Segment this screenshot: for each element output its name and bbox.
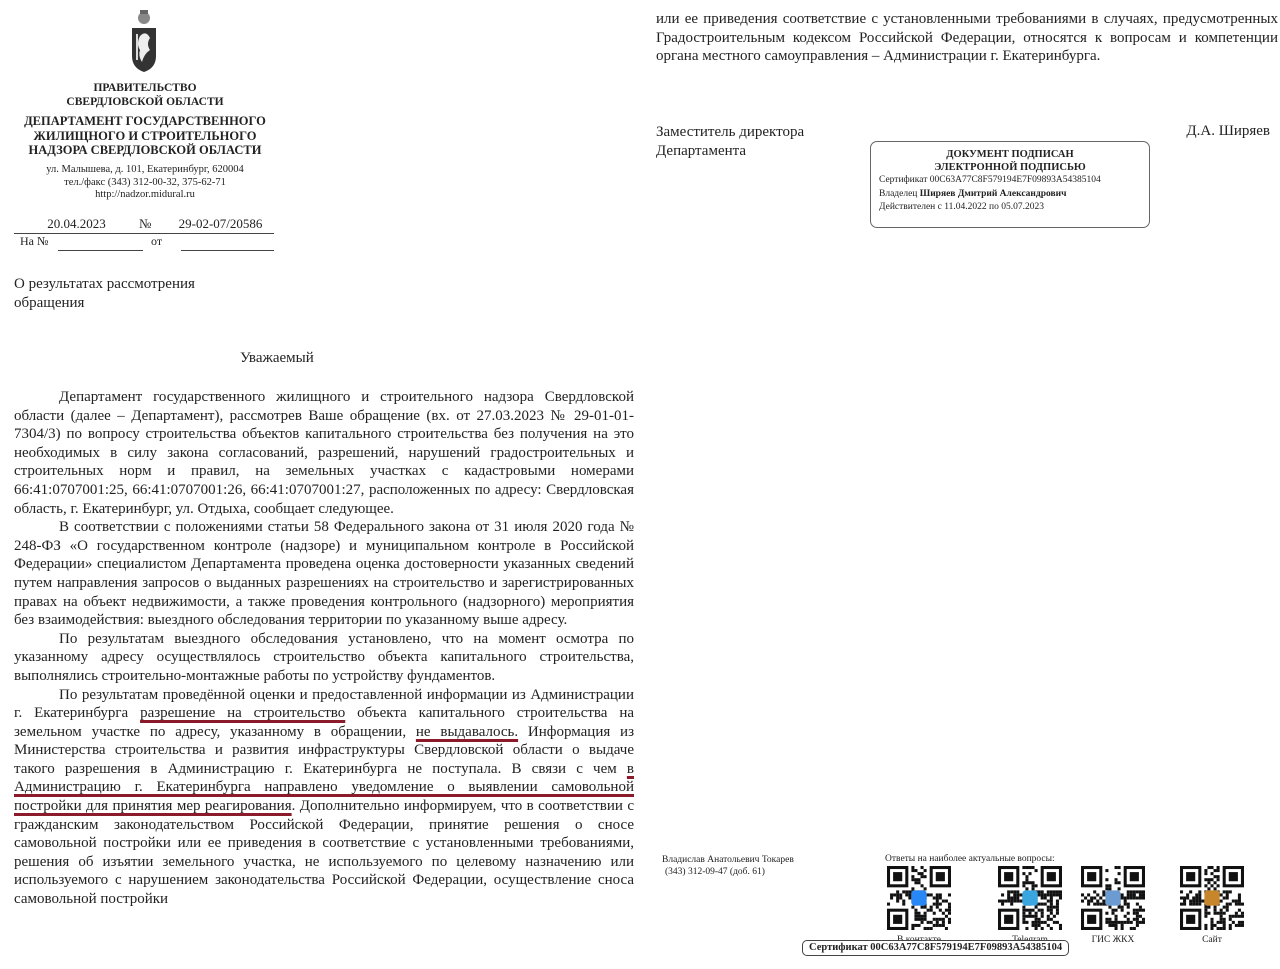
subject-line: обращения xyxy=(14,294,195,313)
stamp-validity: Действителен с 11.04.2022 по 05.07.2023 xyxy=(879,201,1141,215)
government-name: ПРАВИТЕЛЬСТВО СВЕРДЛОВСКОЙ ОБЛАСТИ xyxy=(0,81,290,109)
text: . Дополнительно информируем, что в соотв… xyxy=(14,798,634,907)
position-line: Заместитель директора xyxy=(656,123,804,142)
gov-line: ПРАВИТЕЛЬСТВО xyxy=(0,81,290,95)
coat-of-arms-icon xyxy=(126,8,162,74)
department-contacts: ул. Малышева, д. 101, Екатеринбург, 6200… xyxy=(0,164,290,202)
signer-position: Заместитель директора Департамента xyxy=(656,123,804,161)
certificate-footer: Сертификат 00C63A77C8F579194E7F09893A543… xyxy=(802,940,1069,956)
qr-code: В контакте xyxy=(887,866,959,945)
ref-date-field xyxy=(181,234,274,251)
position-line: Департамента xyxy=(656,142,804,161)
qr-heading: Ответы на наиболее актуальные вопросы: xyxy=(885,854,1055,864)
address: ул. Малышева, д. 101, Екатеринбург, 6200… xyxy=(0,164,290,177)
department-name: ДЕПАРТАМЕНТ ГОСУДАРСТВЕННОГО ЖИЛИЩНОГО И… xyxy=(0,114,290,158)
number-label: № xyxy=(139,216,167,233)
from-label: от xyxy=(143,234,181,251)
executor-name: Владислав Анатольевич Токарев xyxy=(662,854,794,866)
stamp-title: ДОКУМЕНТ ПОДПИСАН xyxy=(879,148,1141,161)
paragraph: По результатам выездного обследования ус… xyxy=(14,630,634,686)
website-link[interactable]: http://nadzor.midural.ru xyxy=(0,189,290,202)
cert-value: 00C63A77C8F579194E7F09893A54385104 xyxy=(930,175,1101,185)
owner-value: Ширяев Дмитрий Александрович xyxy=(920,189,1067,199)
stamp-title: ЭЛЕКТРОННОЙ ПОДПИСЬЮ xyxy=(879,161,1141,174)
qr-label: Сайт xyxy=(1172,935,1252,945)
underlined-text: не выдавалось. xyxy=(416,724,518,740)
letter-body-continued: или ее приведения соответствие с установ… xyxy=(656,10,1278,66)
qr-code: Сайт xyxy=(1180,866,1252,945)
dept-line: НАДЗОРА СВЕРДЛОВСКОЙ ОБЛАСТИ xyxy=(0,143,290,158)
ref-label: На № xyxy=(14,234,58,251)
phone: тел./факс (343) 312-00-32, 375-62-71 xyxy=(0,177,290,190)
subject-line: О результатах рассмотрения xyxy=(14,275,195,294)
ref-number-field xyxy=(58,234,143,251)
doc-date: 20.04.2023 xyxy=(14,216,139,233)
signer-name: Д.А. Ширяев xyxy=(1186,123,1270,140)
dept-line: ДЕПАРТАМЕНТ ГОСУДАРСТВЕННОГО xyxy=(0,114,290,129)
gis-zhkh-qr-icon xyxy=(1081,866,1145,930)
telegram-qr-icon xyxy=(998,866,1062,930)
underlined-text: разрешение на строительство xyxy=(140,705,345,721)
cert-label: Сертификат xyxy=(879,175,927,185)
salutation: Уважаемый xyxy=(240,350,314,367)
owner-label: Владелец xyxy=(879,189,917,199)
qr-code: ГИС ЖКХ xyxy=(1081,866,1153,945)
executor-info: Владислав Анатольевич Токарев (343) 312-… xyxy=(662,854,794,878)
paragraph: По результатам проведённой оценки и пред… xyxy=(14,686,634,909)
dept-line: ЖИЛИЩНОГО И СТРОИТЕЛЬНОГО xyxy=(0,129,290,144)
registration-line: 20.04.2023 № 29-02-07/20586 На № от xyxy=(14,216,274,251)
doc-number: 29-02-07/20586 xyxy=(167,216,274,233)
gov-line: СВЕРДЛОВСКОЙ ОБЛАСТИ xyxy=(0,95,290,109)
qr-label: ГИС ЖКХ xyxy=(1073,935,1153,945)
subject: О результатах рассмотрения обращения xyxy=(14,275,195,313)
qr-code: Telegram xyxy=(998,866,1070,945)
executor-phone: (343) 312-09-47 (доб. 61) xyxy=(662,866,794,878)
vk-qr-icon xyxy=(887,866,951,930)
stamp-cert: Сертификат 00C63A77C8F579194E7F09893A543… xyxy=(879,174,1141,188)
e-signature-stamp: ДОКУМЕНТ ПОДПИСАН ЭЛЕКТРОННОЙ ПОДПИСЬЮ С… xyxy=(870,141,1150,228)
paragraph: Департамент государственного жилищного и… xyxy=(14,388,634,518)
site-qr-icon xyxy=(1180,866,1244,930)
paragraph: В соответствии с положениями статьи 58 Ф… xyxy=(14,518,634,630)
letter-body: Департамент государственного жилищного и… xyxy=(14,388,634,909)
stamp-owner: Владелец Ширяев Дмитрий Александрович xyxy=(879,188,1141,202)
